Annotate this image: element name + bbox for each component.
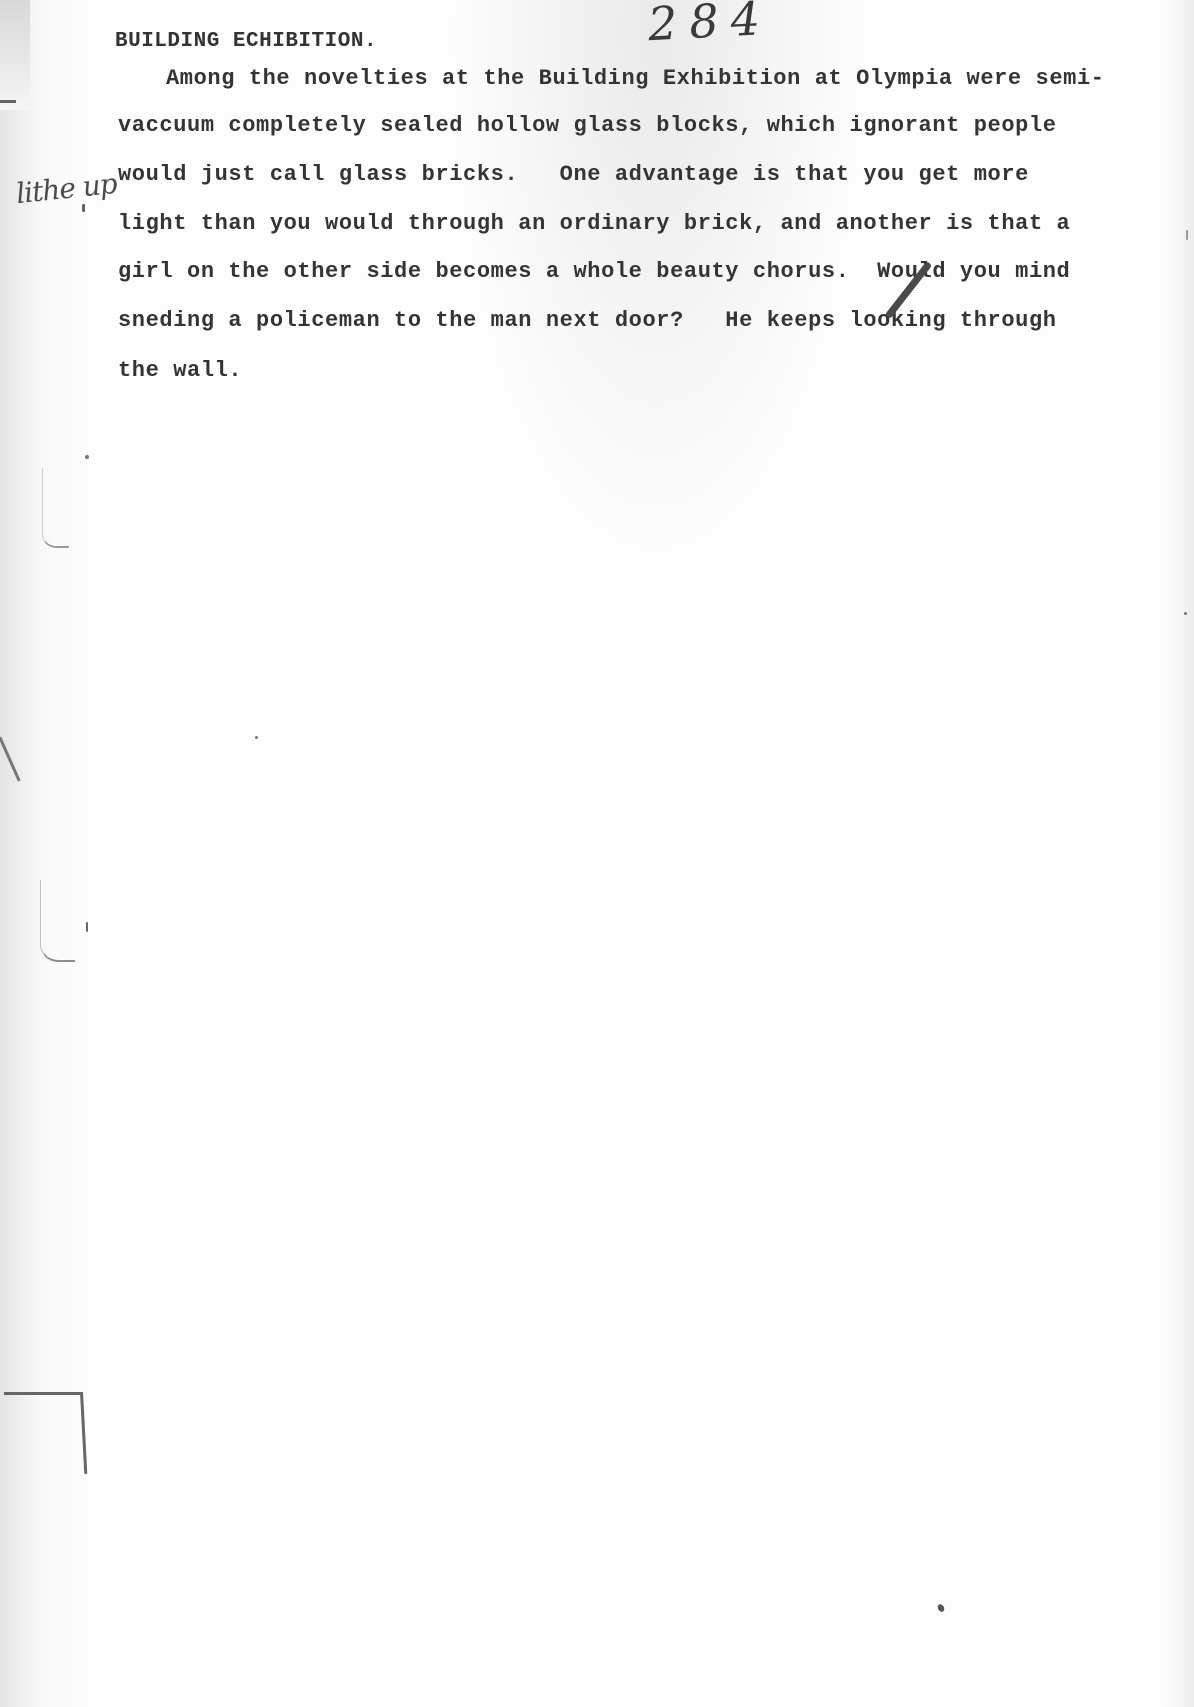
scan-speck [255, 736, 258, 739]
scan-shadow [0, 0, 30, 110]
scan-speck [86, 922, 88, 932]
scan-speck [82, 204, 85, 212]
scan-artifact-corner-line [80, 1392, 87, 1474]
scanned-page: 284 BUILDING ECHIBITION. lithe up Among … [0, 0, 1194, 1707]
text-line-2: vaccuum completely sealed hollow glass b… [118, 113, 1057, 138]
scan-speck [85, 455, 89, 459]
scan-artifact-bracket [40, 880, 75, 962]
scan-artifact-bracket [42, 468, 69, 548]
text-line-7: the wall. [118, 358, 242, 383]
scan-artifact-corner-line [4, 1392, 82, 1395]
handwritten-margin-note: lithe up [15, 167, 119, 210]
scan-speck [936, 1603, 945, 1613]
scan-speck [1186, 230, 1188, 240]
scan-artifact-edge-mark [0, 736, 21, 781]
text-line-6: sneding a policeman to the man next door… [118, 308, 1057, 333]
text-line-3: would just call glass bricks. One advant… [118, 162, 1029, 187]
scan-speck [1184, 612, 1187, 615]
handwritten-page-number: 284 [647, 0, 773, 51]
edge-mark [0, 100, 16, 103]
document-heading: BUILDING ECHIBITION. [115, 30, 377, 53]
text-line-4: light than you would through an ordinary… [118, 211, 1070, 236]
text-line-1: Among the novelties at the Building Exhi… [166, 66, 1105, 91]
